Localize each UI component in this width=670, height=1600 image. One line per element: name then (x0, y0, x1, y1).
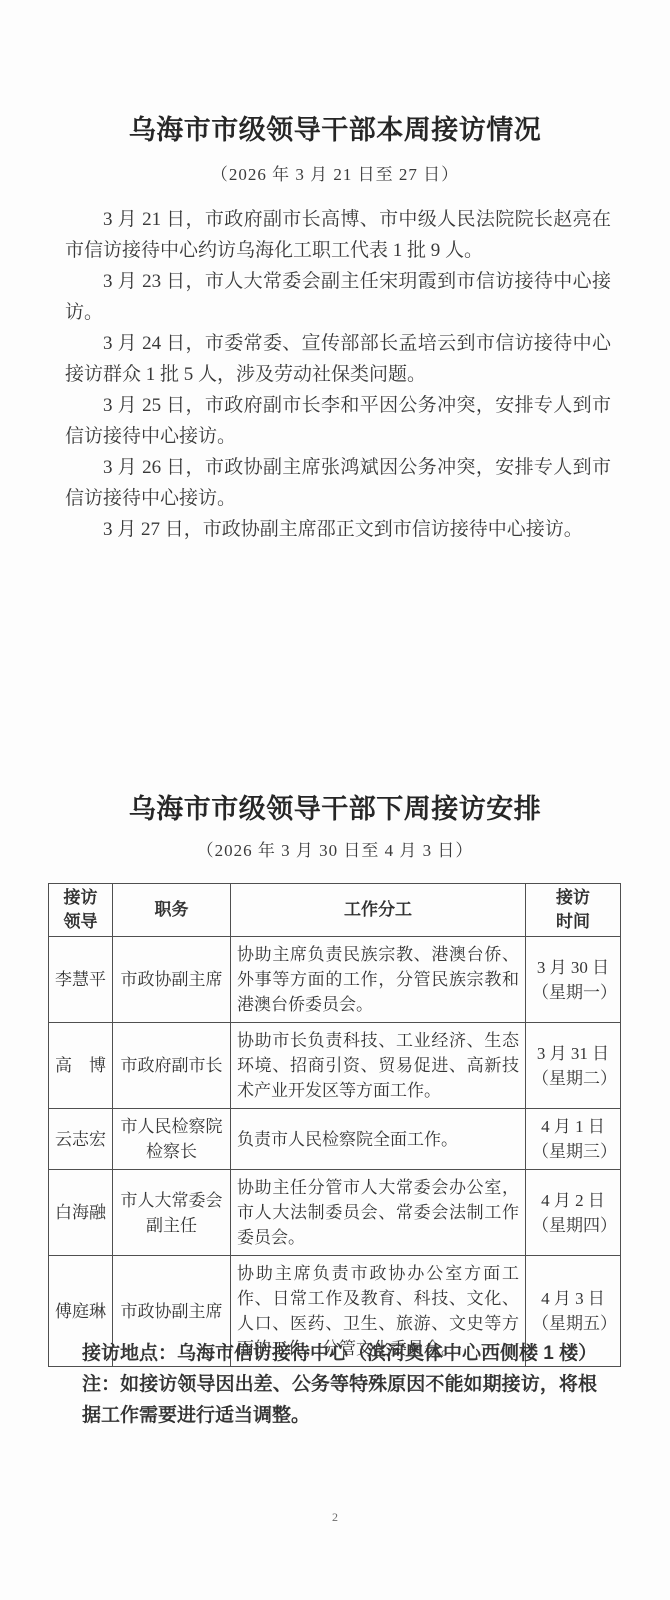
table-header-row: 接访 领导 职务 工作分工 接访 时间 (49, 884, 621, 937)
section1-title: 乌海市市级领导干部本周接访情况 (0, 108, 670, 147)
table-row: 云志宏 市人民检察院检察长 负责市人民检察院全面工作。 4 月 1 日 （星期三… (49, 1109, 621, 1170)
section2-title: 乌海市市级领导干部下周接访安排 (0, 787, 670, 826)
paragraph: 3 月 21 日，市政府副市长高博、市中级人民法院院长赵亮在市信访接待中心约访乌… (65, 204, 611, 266)
leader-duty: 负责市人民检察院全面工作。 (231, 1109, 526, 1170)
section2-date-range: （2026 年 3 月 30 日至 4 月 3 日） (0, 836, 670, 861)
leader-name: 李慧平 (49, 937, 113, 1023)
paragraph: 3 月 25 日，市政府副市长李和平因公务冲突，安排专人到市信访接待中心接访。 (65, 390, 611, 452)
leader-duty: 协助主任分管市人大常委会办公室，市人大法制委员会、常委会法制工作委员会。 (231, 1170, 526, 1256)
page-number: 2 (0, 1510, 670, 1525)
document-page: 乌海市市级领导干部本周接访情况 （2026 年 3 月 21 日至 27 日） … (0, 0, 670, 1600)
footer-notes: 接访地点：乌海市信访接待中心（滨河奥体中心西侧楼 1 楼） 注：如接访领导因出差… (82, 1338, 597, 1431)
reception-time: 3 月 31 日 （星期二） (526, 1023, 621, 1109)
leader-title: 市政府副市长 (113, 1023, 231, 1109)
column-header-duty: 工作分工 (231, 884, 526, 937)
paragraph: 3 月 23 日，市人大常委会副主任宋玥霞到市信访接待中心接访。 (65, 266, 611, 328)
leader-name: 高 博 (49, 1023, 113, 1109)
leader-name: 白海融 (49, 1170, 113, 1256)
leader-title: 市人民检察院检察长 (113, 1109, 231, 1170)
section1-body: 3 月 21 日，市政府副市长高博、市中级人民法院院长赵亮在市信访接待中心约访乌… (65, 204, 611, 545)
leader-duty: 协助主席负责民族宗教、港澳台侨、外事等方面的工作，分管民族宗教和港澳台侨委员会。 (231, 937, 526, 1023)
paragraph: 3 月 24 日，市委常委、宣传部部长孟培云到市信访接待中心接访群众 1 批 5… (65, 328, 611, 390)
reception-time: 3 月 30 日 （星期一） (526, 937, 621, 1023)
leader-title: 市政协副主席 (113, 937, 231, 1023)
reception-time: 4 月 2 日 （星期四） (526, 1170, 621, 1256)
table-row: 白海融 市人大常委会副主任 协助主任分管市人大常委会办公室，市人大法制委员会、常… (49, 1170, 621, 1256)
reception-time: 4 月 1 日 （星期三） (526, 1109, 621, 1170)
leader-title: 市人大常委会副主任 (113, 1170, 231, 1256)
leader-name: 云志宏 (49, 1109, 113, 1170)
paragraph: 3 月 27 日，市政协副主席邵正文到市信访接待中心接访。 (65, 514, 611, 545)
adjustment-note: 注：如接访领导因出差、公务等特殊原因不能如期接访，将根据工作需要进行适当调整。 (82, 1369, 597, 1431)
paragraph: 3 月 26 日，市政协副主席张鸿斌因公务冲突，安排专人到市信访接待中心接访。 (65, 452, 611, 514)
section1-date-range: （2026 年 3 月 21 日至 27 日） (0, 160, 670, 185)
table-row: 李慧平 市政协副主席 协助主席负责民族宗教、港澳台侨、外事等方面的工作，分管民族… (49, 937, 621, 1023)
column-header-leader: 接访 领导 (49, 884, 113, 937)
column-header-title: 职务 (113, 884, 231, 937)
table-row: 高 博 市政府副市长 协助市长负责科技、工业经济、生态环境、招商引资、贸易促进、… (49, 1023, 621, 1109)
reception-location-note: 接访地点：乌海市信访接待中心（滨河奥体中心西侧楼 1 楼） (82, 1338, 597, 1369)
column-header-time: 接访 时间 (526, 884, 621, 937)
reception-schedule-table: 接访 领导 职务 工作分工 接访 时间 李慧平 市政协副主席 协助主席负责民族宗… (48, 883, 621, 1367)
leader-duty: 协助市长负责科技、工业经济、生态环境、招商引资、贸易促进、高新技术产业开发区等方… (231, 1023, 526, 1109)
